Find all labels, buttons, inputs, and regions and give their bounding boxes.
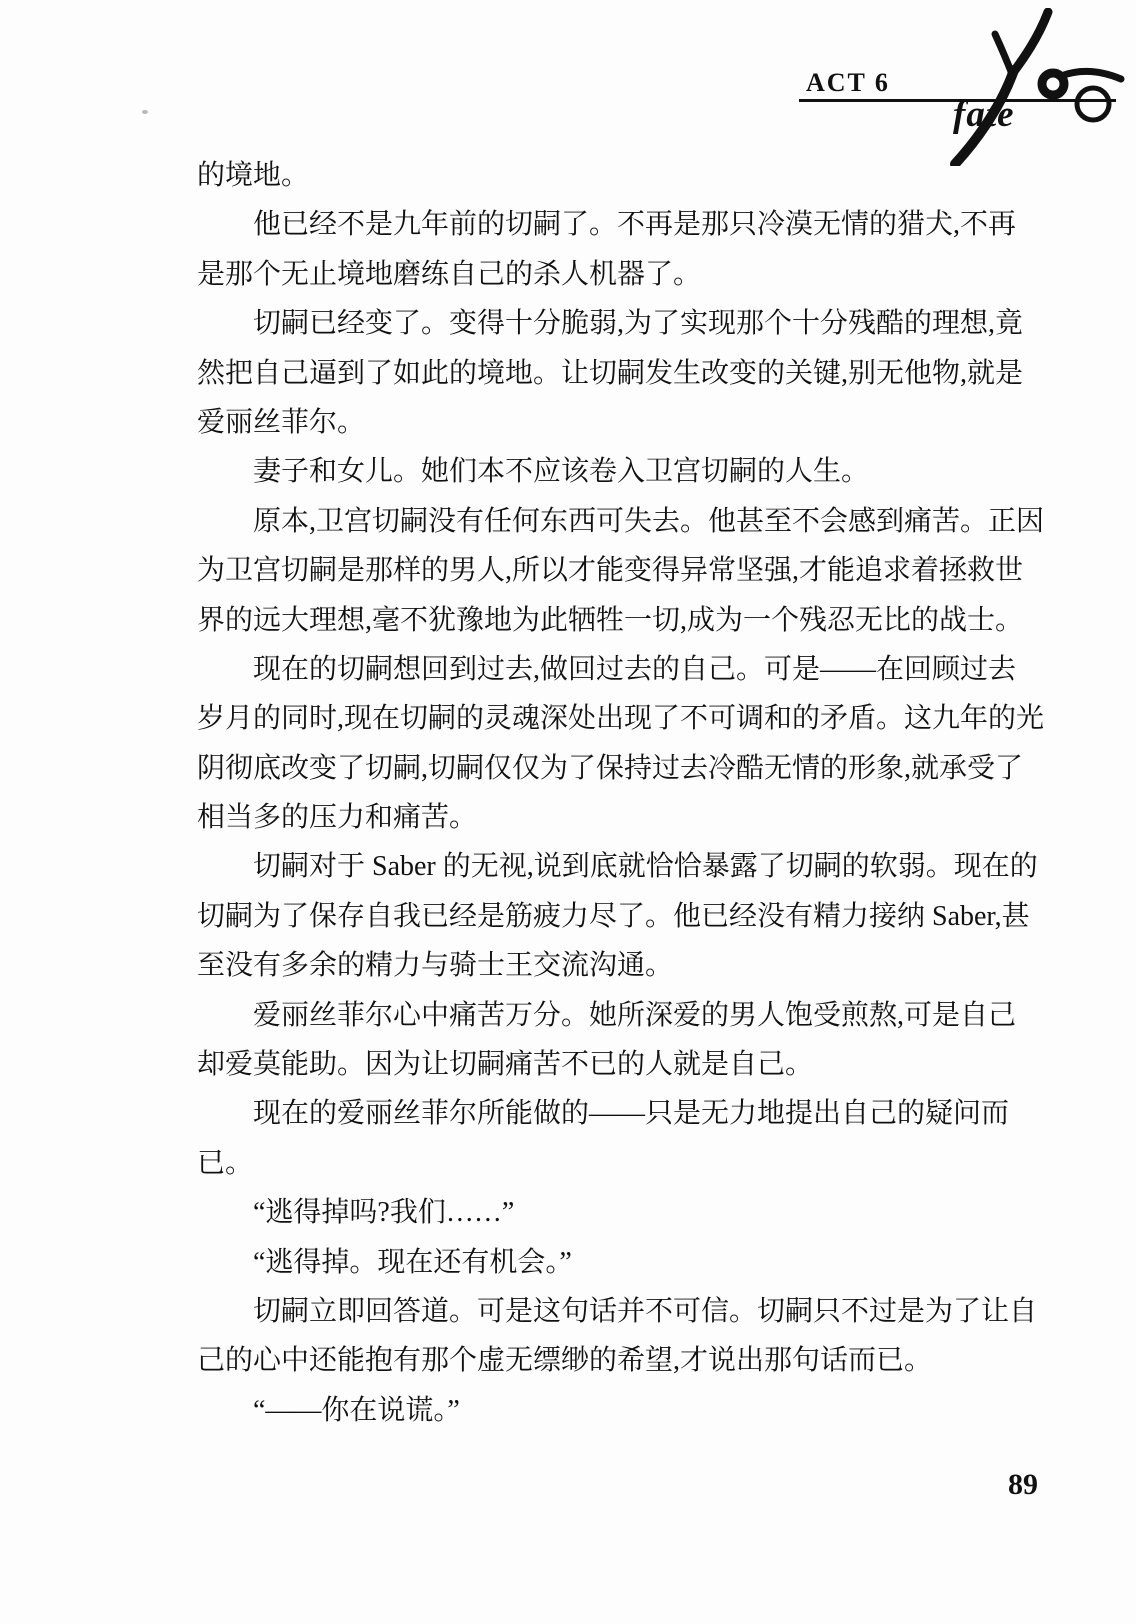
text-line: 原本,卫宫切嗣没有任何东西可失去。他甚至不会感到痛苦。正因 — [197, 497, 997, 546]
text-line: 岁月的同时,现在切嗣的灵魂深处出现了不可调和的矛盾。这九年的光 — [197, 694, 997, 743]
text-line: 切嗣为了保存自我已经是筋疲力尽了。他已经没有精力接纳 Saber,甚 — [197, 892, 997, 941]
logo-zero-brushstroke — [955, 12, 1121, 164]
text-line: 相当多的压力和痛苦。 — [197, 793, 997, 842]
fatezero-logo: fate — [935, 8, 1130, 166]
text-line: 至没有多余的精力与骑士王交流沟通。 — [197, 941, 997, 990]
text-line: 是那个无止境地磨练自己的杀人机器了。 — [197, 250, 997, 299]
text-line: 爱丽丝菲尔心中痛苦万分。她所深爱的男人饱受煎熬,可是自己 — [197, 991, 997, 1040]
scan-speck — [142, 110, 148, 114]
text-line: 却爱莫能助。因为让切嗣痛苦不已的人就是自己。 — [197, 1040, 997, 1089]
text-line: 己的心中还能抱有那个虚无缥缈的希望,才说出那句话而已。 — [197, 1336, 997, 1385]
text-line: 为卫宫切嗣是那样的男人,所以才能变得异常坚强,才能追求着拯救世 — [197, 546, 997, 595]
text-line: 现在的切嗣想回到过去,做回过去的自己。可是——在回顾过去 — [197, 645, 997, 694]
text-line: 切嗣已经变了。变得十分脆弱,为了实现那个十分残酷的理想,竟 — [197, 299, 997, 348]
text-line: “逃得掉。现在还有机会。” — [197, 1238, 997, 1287]
text-line: 已。 — [197, 1139, 997, 1188]
text-line: 爱丽丝菲尔。 — [197, 398, 997, 447]
text-line: 界的远大理想,毫不犹豫地为此牺牲一切,成为一个残忍无比的战士。 — [197, 596, 997, 645]
text-line: 切嗣对于 Saber 的无视,说到底就恰恰暴露了切嗣的软弱。现在的 — [197, 842, 997, 891]
text-line: 他已经不是九年前的切嗣了。不再是那只冷漠无情的猎犬,不再 — [197, 200, 997, 249]
text-line: 然把自己逼到了如此的境地。让切嗣发生改变的关键,别无他物,就是 — [197, 349, 997, 398]
chapter-heading: ACT 6 — [806, 68, 890, 98]
text-line: 阴彻底改变了切嗣,切嗣仅仅为了保持过去冷酷无情的形象,就承受了 — [197, 744, 997, 793]
text-line: 现在的爱丽丝菲尔所能做的——只是无力地提出自己的疑问而 — [197, 1089, 997, 1138]
text-line: 的境地。 — [197, 151, 997, 200]
body-text: 的境地。他已经不是九年前的切嗣了。不再是那只冷漠无情的猎犬,不再是那个无止境地磨… — [197, 151, 997, 1435]
book-page: ACT 6 fate 的境地。他已经不是九年前的切嗣了。不再是那只冷漠无情的猎犬… — [0, 0, 1136, 1624]
text-line: “逃得掉吗?我们……” — [197, 1188, 997, 1237]
text-line: 妻子和女儿。她们本不应该卷入卫宫切嗣的人生。 — [197, 447, 997, 496]
page-number: 89 — [1008, 1468, 1038, 1502]
text-line: 切嗣立即回答道。可是这句话并不可信。切嗣只不过是为了让自 — [197, 1287, 997, 1336]
text-line: “——你在说谎。” — [197, 1386, 997, 1435]
